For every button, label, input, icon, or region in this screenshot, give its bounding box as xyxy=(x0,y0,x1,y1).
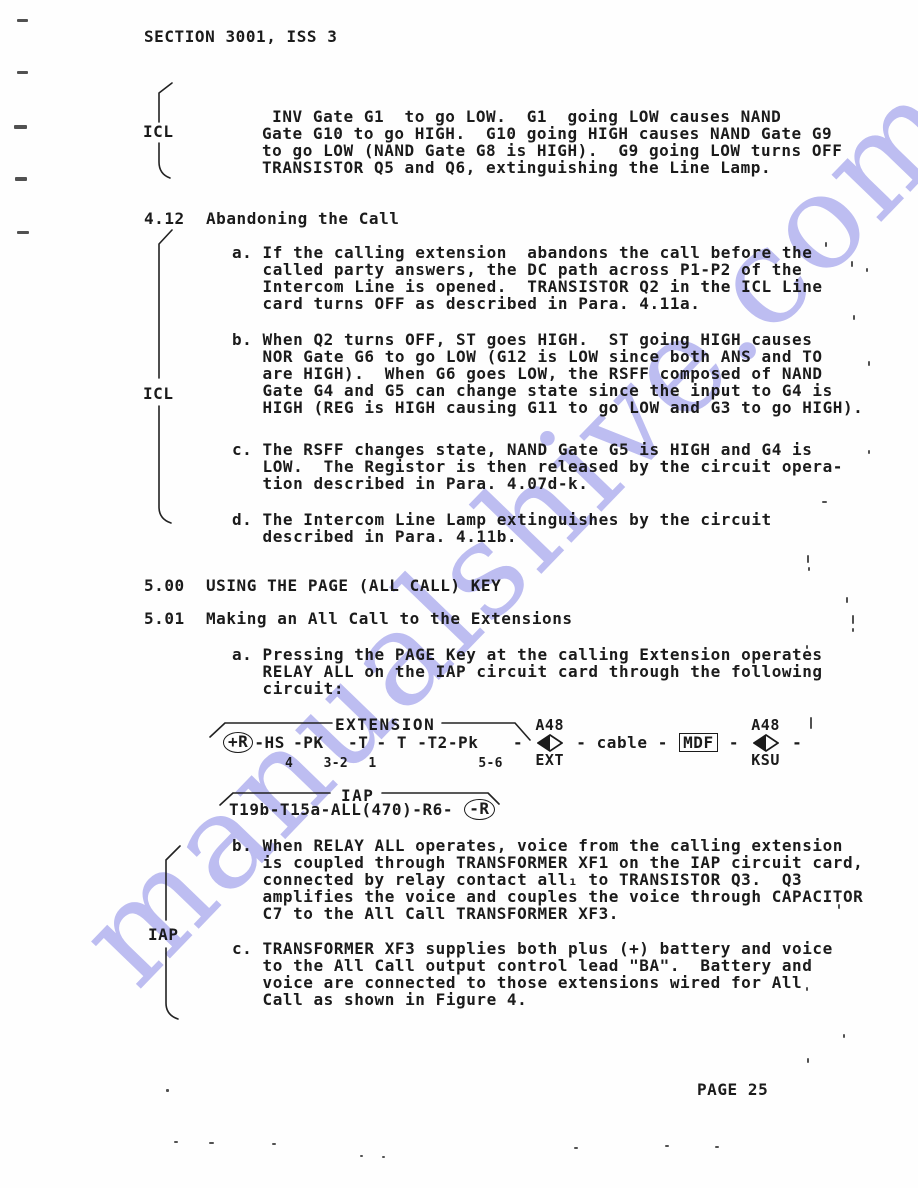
paragraph-4-12-b: b. When Q2 turns OFF, ST goes HIGH. ST g… xyxy=(232,331,863,416)
formula-text: -HS xyxy=(254,733,285,752)
scan-speck xyxy=(838,904,840,909)
formula-text: T19b-T15a-ALL(470)-R6- xyxy=(229,800,463,819)
section-5-01-number: 5.01 xyxy=(144,610,185,627)
scan-speck xyxy=(360,1155,363,1157)
circuit-path-extension: +R-HS4-PK3-2-T1- T -T2-Pk5-6 - A48EXT - … xyxy=(222,714,802,770)
scan-speck xyxy=(574,1147,578,1149)
page-number: PAGE 25 xyxy=(697,1081,768,1098)
formula-text: -PK xyxy=(293,733,324,752)
scanned-page: manualshive.com SECTION 3001, ISS 3 ICL … xyxy=(0,0,918,1188)
formula-text: - xyxy=(719,733,750,752)
scan-speck xyxy=(209,1142,214,1144)
scan-speck xyxy=(810,717,812,729)
paragraph-icl-intro: INV Gate G1 to go LOW. G1 going LOW caus… xyxy=(262,108,842,176)
scan-speck xyxy=(166,1089,169,1092)
cable-connector: A48KSU xyxy=(751,717,780,768)
scan-speck xyxy=(382,1156,385,1158)
circled-terminal: -R xyxy=(464,799,494,820)
scan-speck xyxy=(868,361,870,366)
scan-speck xyxy=(851,261,853,267)
scan-speck xyxy=(665,1145,669,1147)
formula-text: - T -T2-Pk xyxy=(377,733,479,752)
paragraph-4-12-d: d. The Intercom Line Lamp extinguishes b… xyxy=(232,511,772,545)
scan-speck xyxy=(822,501,827,503)
section-5-00-number: 5.00 xyxy=(144,577,185,594)
margin-label-iap: IAP xyxy=(148,926,179,943)
scan-speck xyxy=(806,987,808,991)
scan-speck xyxy=(808,567,810,571)
scan-speck xyxy=(825,242,827,247)
paragraph-5-01-a: a. Pressing the PAGE Key at the calling … xyxy=(232,646,823,697)
scan-speck xyxy=(853,315,855,320)
scan-speck xyxy=(807,555,809,563)
formula-text: - xyxy=(503,733,534,752)
section-5-01-title: Making an All Call to the Extensions xyxy=(206,610,573,627)
icl-brace-2 xyxy=(152,228,180,528)
scan-speck xyxy=(17,231,29,234)
scan-speck xyxy=(808,961,810,966)
cable-connector: A48EXT xyxy=(535,717,564,768)
formula-subscript: 4 xyxy=(285,756,293,771)
scan-speck xyxy=(852,615,854,624)
page-content: SECTION 3001, ISS 3 ICL INV Gate G1 to g… xyxy=(0,0,918,1188)
paragraph-5-01-c: c. TRANSFORMER XF3 supplies both plus (+… xyxy=(232,940,833,1008)
formula-subscript: 1 xyxy=(368,756,376,771)
scan-speck xyxy=(852,628,854,632)
section-4-12-title: Abandoning the Call xyxy=(206,210,399,227)
connector-top-label: A48 xyxy=(535,717,564,733)
scan-speck xyxy=(806,645,808,649)
connector-top-label: A48 xyxy=(751,717,780,733)
scan-speck xyxy=(17,71,28,74)
paragraph-5-01-b: b. When RELAY ALL operates, voice from t… xyxy=(232,837,863,922)
scan-speck xyxy=(843,1034,845,1038)
section-5-00-title: USING THE PAGE (ALL CALL) KEY xyxy=(206,577,501,594)
scan-speck xyxy=(868,450,870,454)
formula-text: - xyxy=(782,733,802,752)
section-4-12-number: 4.12 xyxy=(144,210,185,227)
scan-speck xyxy=(866,268,868,272)
diamond-icon xyxy=(537,734,563,752)
paragraph-4-12-c: c. The RSFF changes state, NAND Gate G5 … xyxy=(232,441,843,492)
scan-speck xyxy=(846,597,848,603)
scan-speck xyxy=(715,1146,719,1148)
circuit-path-iap: T19b-T15a-ALL(470)-R6- -R xyxy=(229,796,496,822)
connector-bottom-label: KSU xyxy=(751,752,780,768)
formula-text: - cable - xyxy=(566,733,678,752)
formula-text: -T xyxy=(348,733,368,752)
connector-bottom-label: EXT xyxy=(535,752,564,768)
scan-speck xyxy=(807,1058,809,1063)
margin-label-icl-2: ICL xyxy=(143,385,174,402)
scan-speck xyxy=(14,125,27,129)
circled-terminal: +R xyxy=(223,732,253,753)
section-header: SECTION 3001, ISS 3 xyxy=(144,28,337,45)
scan-speck xyxy=(15,177,27,181)
scan-speck xyxy=(17,19,28,22)
mdf-box: MDF xyxy=(679,733,718,752)
diamond-icon xyxy=(753,734,779,752)
margin-label-icl-1: ICL xyxy=(143,123,174,140)
scan-speck xyxy=(174,1141,178,1143)
scan-speck xyxy=(272,1143,276,1145)
formula-subscript: 3-2 xyxy=(324,756,348,771)
paragraph-4-12-a: a. If the calling extension abandons the… xyxy=(232,244,823,312)
formula-subscript: 5-6 xyxy=(478,756,502,771)
